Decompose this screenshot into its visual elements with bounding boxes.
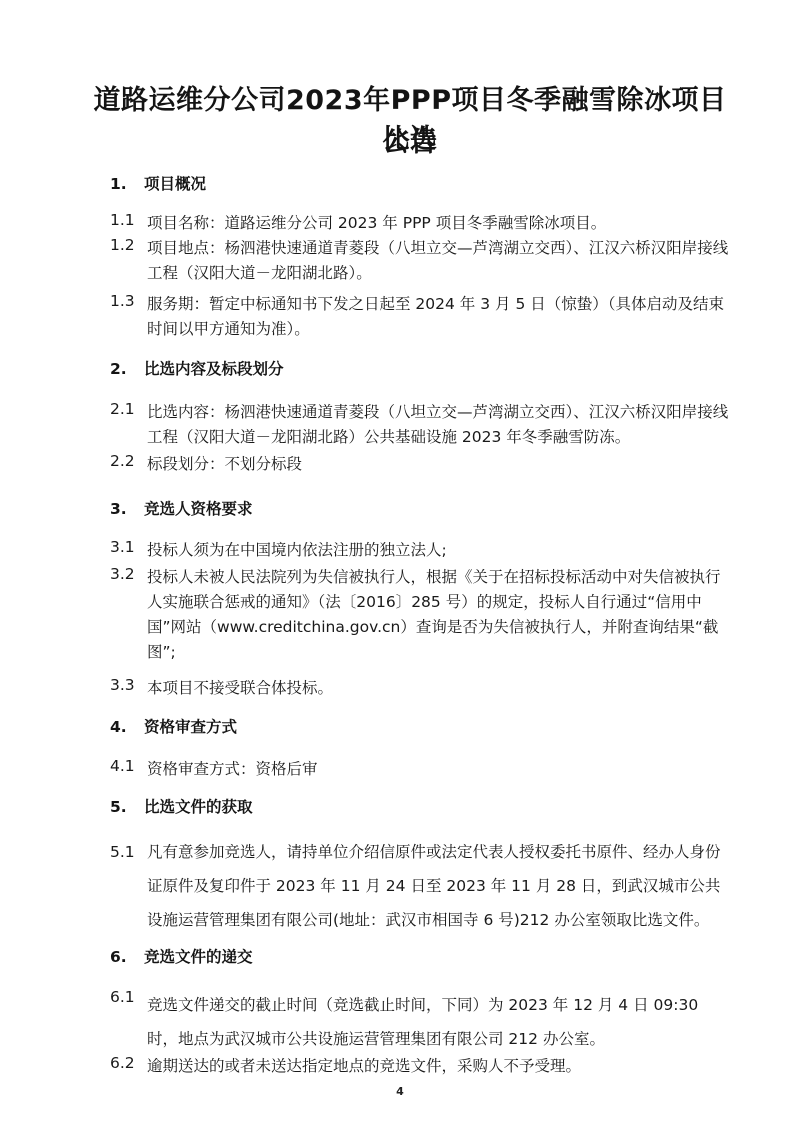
- clause-3-1: 3.1 投标人须为在中国境内依法注册的独立法人;: [110, 538, 730, 563]
- clause-6-1: 6.1 竞选文件递交的截止时间（竞选截止时间，下同）为 2023 年 12 月 …: [110, 988, 730, 1056]
- section-heading-3: 3.竞选人资格要求: [110, 497, 253, 519]
- section-heading-1: 1.项目概况: [110, 172, 206, 194]
- clause-1-3: 1.3 服务期：暂定中标通知书下发之日起至 2024 年 3 月 5 日（惊蛰）…: [110, 292, 730, 342]
- document-title-cont: 公告: [80, 120, 740, 159]
- clause-2-2: 2.2 标段划分：不划分标段: [110, 452, 730, 477]
- clause-5-1: 5.1 凡有意参加竞选人，请持单位介绍信原件或法定代表人授权委托书原件、经办人身…: [110, 835, 730, 937]
- section-heading-6: 6.竞选文件的递交: [110, 945, 253, 967]
- clause-3-2: 3.2 投标人未被人民法院列为失信被执行人，根据《关于在招标投标活动中对失信被执…: [110, 565, 730, 665]
- clause-2-1: 2.1 比选内容：杨泗港快速通道青菱段（八坦立交—芦湾湖立交西）、江汉六桥汉阳岸…: [110, 400, 730, 450]
- clause-1-2: 1.2 项目地点：杨泗港快速通道青菱段（八坦立交—芦湾湖立交西）、江汉六桥汉阳岸…: [110, 236, 730, 286]
- clause-3-3: 3.3 本项目不接受联合体投标。: [110, 676, 730, 701]
- section-heading-2: 2.比选内容及标段划分: [110, 357, 284, 379]
- page-number: 4: [0, 1085, 800, 1098]
- clause-1-1: 1.1 项目名称：道路运维分公司 2023 年 PPP 项目冬季融雪除冰项目。: [110, 211, 730, 236]
- section-title: 项目概况: [144, 175, 206, 193]
- section-heading-4: 4.资格审查方式: [110, 715, 237, 737]
- clause-6-2: 6.2 逾期送达的或者未送达指定地点的竞选文件，采购人不予受理。: [110, 1054, 730, 1079]
- document-page: 道路运维分公司2023年PPP项目冬季融雪除冰项目比选 公告 1.项目概况 1.…: [0, 0, 800, 1134]
- section-number: 1.: [110, 175, 144, 193]
- section-heading-5: 5.比选文件的获取: [110, 795, 253, 817]
- clause-4-1: 4.1 资格审查方式：资格后审: [110, 757, 730, 782]
